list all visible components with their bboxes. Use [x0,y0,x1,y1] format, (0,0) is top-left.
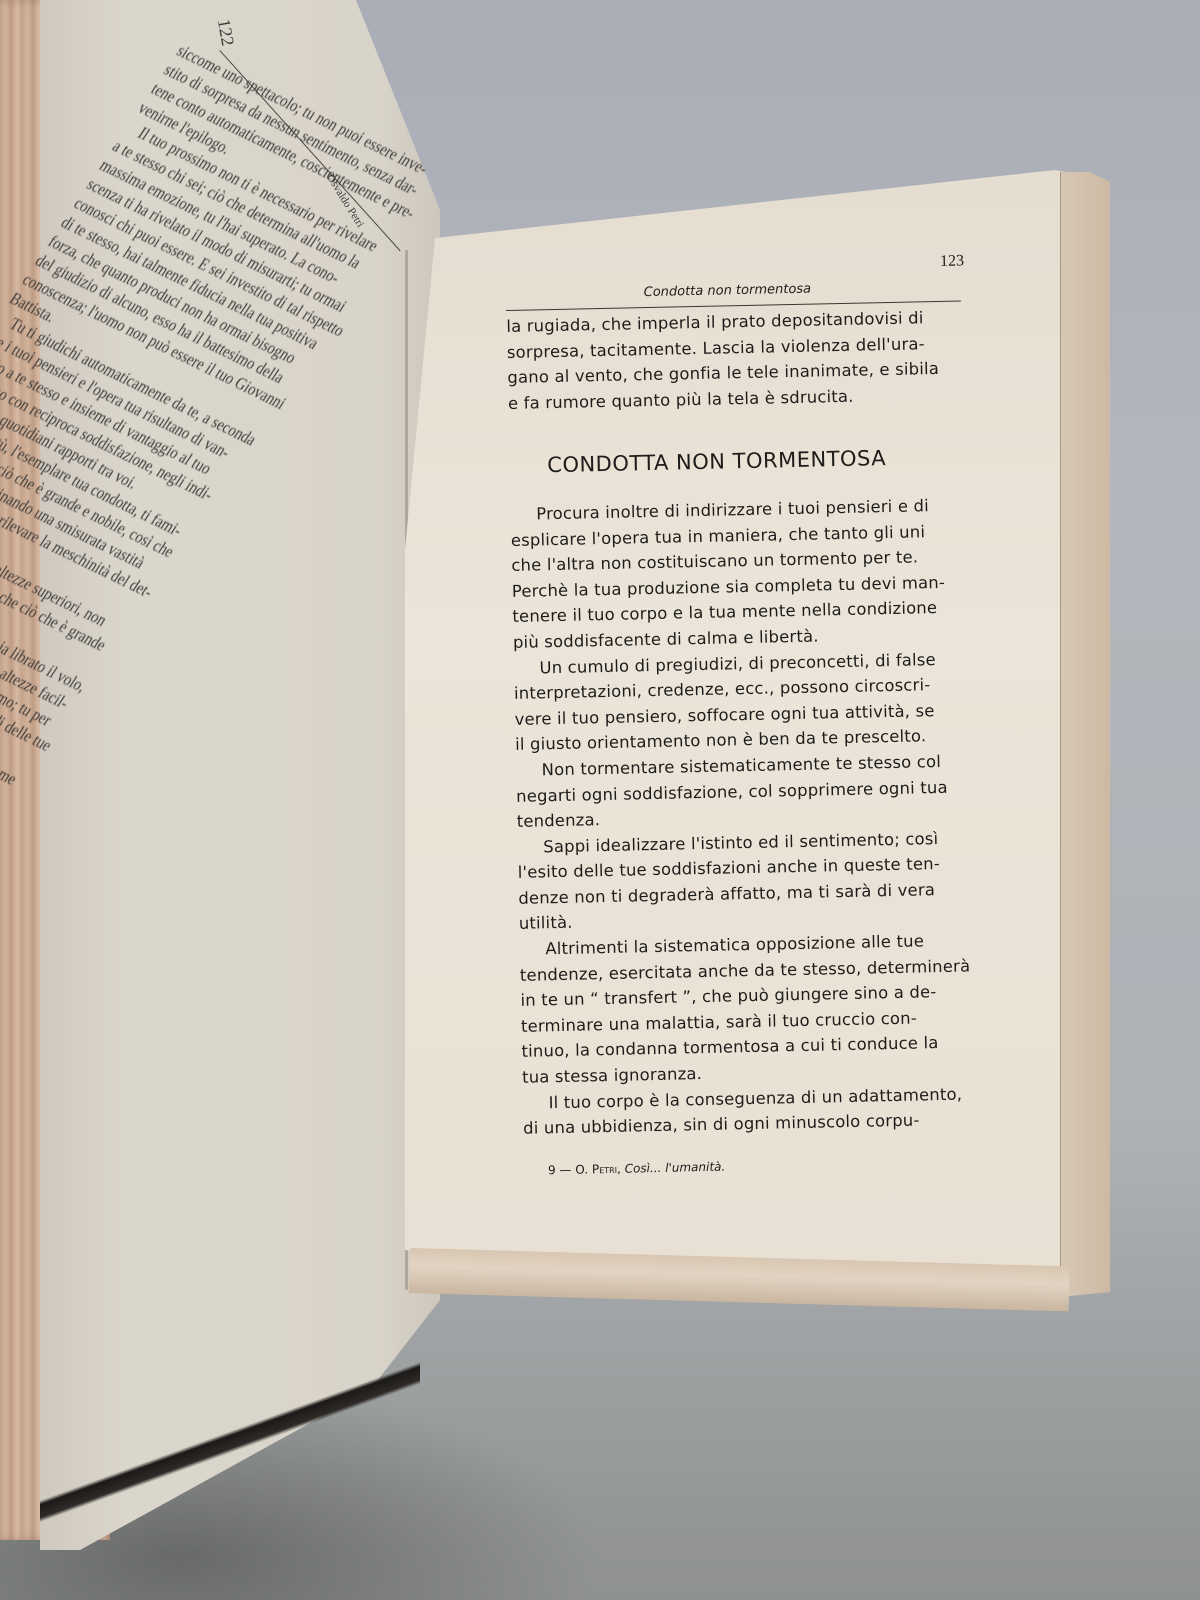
section-title: CONDOTTA NON TORMENTOSA [547,445,964,479]
right-running-header: Condotta non tormentosa [644,282,812,301]
signature-mark: 9 — [548,1163,572,1177]
paragraph: Il tuo corpo è la conseguenza di un adat… [522,1081,978,1142]
paragraph: Procura inoltre di indirizzare i tuoi pe… [510,492,968,655]
footer-book-title: Così... l'umanità. [624,1159,725,1175]
right-page-content: Condotta non tormentosa 123 la rugiada, … [505,252,979,1177]
right-page-fore-edge [1060,172,1111,1297]
right-page-header: Condotta non tormentosa 123 [505,252,961,314]
intro-paragraph: la rugiada, che imperla il prato deposit… [506,304,963,416]
footer-author: O. Petri, [575,1162,621,1177]
left-page-number: 122 [213,17,238,47]
paragraph: Non tormentare sistematicamente te stess… [515,748,972,834]
paragraph: Un cumulo di pregiudizi, di preconcetti,… [513,646,970,758]
right-page-body: la rugiada, che imperla il prato deposit… [506,304,978,1141]
right-page-number: 123 [940,252,964,270]
paragraph: Sappi idealizzare l'istinto ed il sentim… [517,825,974,937]
section-paragraphs: Procura inoltre di indirizzare i tuoi pe… [510,492,978,1141]
paragraph: Altrimenti la sistematica opposizione al… [519,927,977,1090]
